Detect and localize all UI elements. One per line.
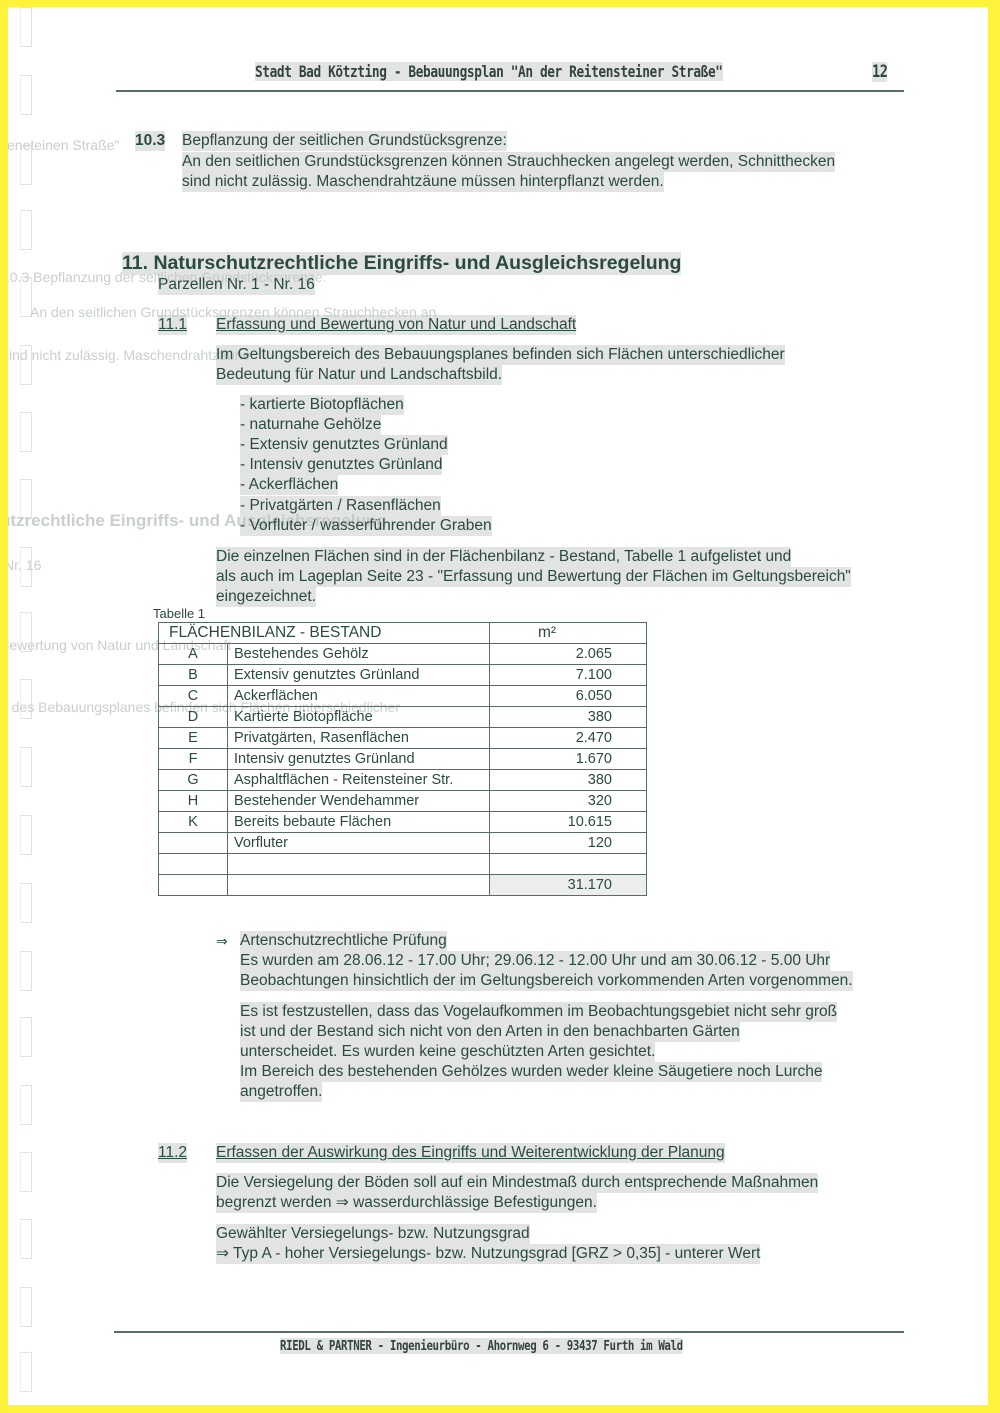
table-cell-label: Bestehendes Gehölz bbox=[228, 644, 490, 665]
flaechenbilanz-table: FLÄCHENBILANZ - BESTAND m² ABestehendes … bbox=[158, 622, 647, 896]
table-cell-label: Ackerflächen bbox=[228, 686, 490, 707]
binding-hole bbox=[20, 1017, 32, 1057]
table-row: CAckerflächen6.050 bbox=[159, 686, 647, 707]
table-cell-label: Vorfluter bbox=[228, 833, 490, 854]
list-item: - Vorfluter / wasserführender Graben bbox=[240, 516, 492, 536]
table-cell-key: B bbox=[159, 665, 228, 686]
binding-hole bbox=[20, 1287, 32, 1327]
table-cell-key: C bbox=[159, 686, 228, 707]
section-10-3-line: sind nicht zulässig. Maschendrahtzäune m… bbox=[182, 172, 664, 192]
table-cell-label: Asphaltflächen - Reitensteiner Str. bbox=[228, 770, 490, 791]
section-11-2-number: 11.2 bbox=[158, 1143, 187, 1163]
table-cell-key bbox=[159, 854, 228, 875]
artenschutz-text: unterscheidet. Es wurden keine geschützt… bbox=[240, 1042, 655, 1062]
table-row bbox=[159, 854, 647, 875]
section-10-3-line: An den seitlichen Grundstücksgrenzen kön… bbox=[182, 152, 835, 172]
table-cell-key: D bbox=[159, 707, 228, 728]
list-item: - Extensiv genutztes Grünland bbox=[240, 435, 448, 455]
table-cell-key: G bbox=[159, 770, 228, 791]
table-cell-value: 1.670 bbox=[490, 749, 647, 770]
table-row: HBestehender Wendehammer320 bbox=[159, 791, 647, 812]
table-cell-empty bbox=[159, 875, 228, 896]
list-item: - Intensiv genutztes Grünland bbox=[240, 455, 442, 475]
section-10-3-title: Bepflanzung der seitlichen Grundstücksgr… bbox=[182, 131, 507, 151]
page-number: 12 bbox=[872, 62, 888, 82]
running-header-title: Stadt Bad Kötzting - Bebauungsplan "An d… bbox=[255, 62, 723, 81]
artenschutz-text: ist und der Bestand sich nicht von den A… bbox=[240, 1022, 740, 1042]
artenschutz-title: Artenschutzrechtliche Prüfung bbox=[240, 931, 447, 951]
table-row: DKartierte Biotopfläche380 bbox=[159, 707, 647, 728]
table-cell-key: A bbox=[159, 644, 228, 665]
section-11-heading: 11. Naturschutzrechtliche Eingriffs- und… bbox=[122, 252, 681, 275]
table-cell-label: Extensiv genutztes Grünland bbox=[228, 665, 490, 686]
binding-hole bbox=[20, 1352, 32, 1392]
table-cell-value: 2.470 bbox=[490, 728, 647, 749]
table-cell-value bbox=[490, 854, 647, 875]
binding-hole bbox=[20, 1152, 32, 1192]
table-cell-value: 320 bbox=[490, 791, 647, 812]
table-row: EPrivatgärten, Rasenflächen2.470 bbox=[159, 728, 647, 749]
table-cell-value: 6.050 bbox=[490, 686, 647, 707]
table-cell-key bbox=[159, 833, 228, 854]
binding-hole bbox=[20, 7, 32, 47]
footer-text: RIEDL & PARTNER - Ingenieurbüro - Ahornw… bbox=[280, 1338, 683, 1354]
table-cell-value: 120 bbox=[490, 833, 647, 854]
table-total-value: 31.170 bbox=[490, 875, 647, 896]
table-cell-label: Bestehender Wendehammer bbox=[228, 791, 490, 812]
table-caption: Tabelle 1 bbox=[153, 606, 205, 621]
binding-hole bbox=[20, 210, 32, 250]
list-item: - naturnahe Gehölze bbox=[240, 415, 381, 435]
binding-hole bbox=[20, 883, 32, 923]
binding-hole bbox=[20, 1219, 32, 1259]
binding-hole bbox=[20, 951, 32, 991]
table-row: ABestehendes Gehölz2.065 bbox=[159, 644, 647, 665]
section-11-1-paragraph: als auch im Lageplan Seite 23 - "Erfassu… bbox=[216, 567, 851, 587]
binding-hole bbox=[20, 75, 32, 115]
section-11-2-text: ⇒ Typ A - hoher Versiegelungs- bzw. Nutz… bbox=[216, 1244, 760, 1264]
table-cell-label: Kartierte Biotopfläche bbox=[228, 707, 490, 728]
table-cell-label: Privatgärten, Rasenflächen bbox=[228, 728, 490, 749]
table-cell-empty bbox=[228, 875, 490, 896]
table-cell-value: 380 bbox=[490, 707, 647, 728]
table-cell-key: E bbox=[159, 728, 228, 749]
table-cell-label: Intensiv genutztes Grünland bbox=[228, 749, 490, 770]
ghost-text: iteneteinen Straße" bbox=[8, 137, 119, 153]
table-total-row: 31.170 bbox=[159, 875, 647, 896]
table-cell-value: 2.065 bbox=[490, 644, 647, 665]
table-row: Vorfluter120 bbox=[159, 833, 647, 854]
list-item: - kartierte Biotopflächen bbox=[240, 395, 404, 415]
table-row: BExtensiv genutztes Grünland7.100 bbox=[159, 665, 647, 686]
section-11-1-intro: Bedeutung für Natur und Landschaftsbild. bbox=[216, 365, 502, 385]
table-cell-key: H bbox=[159, 791, 228, 812]
section-10-3-number: 10.3 bbox=[135, 131, 165, 151]
section-11-1-intro: Im Geltungsbereich des Bebauungsplanes b… bbox=[216, 345, 785, 365]
binding-hole bbox=[20, 412, 32, 452]
table-cell-value: 380 bbox=[490, 770, 647, 791]
table-cell-key: K bbox=[159, 812, 228, 833]
table-cell-key: F bbox=[159, 749, 228, 770]
table-header-row: FLÄCHENBILANZ - BESTAND m² bbox=[159, 623, 647, 644]
table-cell-value: 10.615 bbox=[490, 812, 647, 833]
binding-hole bbox=[20, 1085, 32, 1125]
table-cell-value: 7.100 bbox=[490, 665, 647, 686]
binding-hole bbox=[20, 815, 32, 855]
artenschutz-text: angetroffen. bbox=[240, 1082, 322, 1102]
artenschutz-text: Es ist festzustellen, dass das Vogelaufk… bbox=[240, 1002, 837, 1022]
section-11-1-paragraph: Die einzelnen Flächen sind in der Fläche… bbox=[216, 547, 791, 567]
artenschutz-text: Es wurden am 28.06.12 - 17.00 Uhr; 29.06… bbox=[240, 951, 830, 971]
section-11-2-text: Die Versiegelung der Böden soll auf ein … bbox=[216, 1173, 818, 1193]
section-11-2-text: Gewählter Versiegelungs- bzw. Nutzungsgr… bbox=[216, 1224, 530, 1244]
header-rule bbox=[116, 90, 904, 92]
ghost-text: Nr. 16 bbox=[8, 557, 41, 573]
section-11-1-number: 11.1 bbox=[158, 315, 187, 335]
table-row: GAsphaltflächen - Reitensteiner Str.380 bbox=[159, 770, 647, 791]
list-item: - Ackerflächen bbox=[240, 475, 338, 495]
section-11-subtitle: Parzellen Nr. 1 - Nr. 16 bbox=[158, 275, 315, 295]
table-header-label: FLÄCHENBILANZ - BESTAND bbox=[159, 623, 490, 644]
footer-rule bbox=[114, 1331, 904, 1333]
ghost-text: sind nicht zulässig. Maschendrahtzäune bbox=[8, 347, 250, 363]
artenschutz-text: Im Bereich des bestehenden Gehölzes wurd… bbox=[240, 1062, 822, 1082]
table-header-unit: m² bbox=[490, 623, 647, 644]
artenschutz-text: Beobachtungen hinsichtlich der im Geltun… bbox=[240, 971, 853, 991]
table-cell-label bbox=[228, 854, 490, 875]
section-11-1-title: Erfassung und Bewertung von Natur und La… bbox=[216, 315, 576, 335]
section-11-2-text: begrenzt werden ⇒ wasserdurchlässige Bef… bbox=[216, 1193, 597, 1213]
section-11-1-paragraph: eingezeichnet. bbox=[216, 587, 316, 607]
arrow-icon: ⇒ bbox=[216, 931, 228, 951]
table-cell-label: Bereits bebaute Flächen bbox=[228, 812, 490, 833]
document-page: iteneteinen Straße" 10.3 Bepflanzung der… bbox=[8, 7, 988, 1405]
list-item: - Privatgärten / Rasenflächen bbox=[240, 496, 441, 516]
binding-hole bbox=[20, 747, 32, 787]
section-11-2-title: Erfassen der Auswirkung des Eingriffs un… bbox=[216, 1143, 725, 1163]
table-row: KBereits bebaute Flächen10.615 bbox=[159, 812, 647, 833]
table-row: FIntensiv genutztes Grünland1.670 bbox=[159, 749, 647, 770]
